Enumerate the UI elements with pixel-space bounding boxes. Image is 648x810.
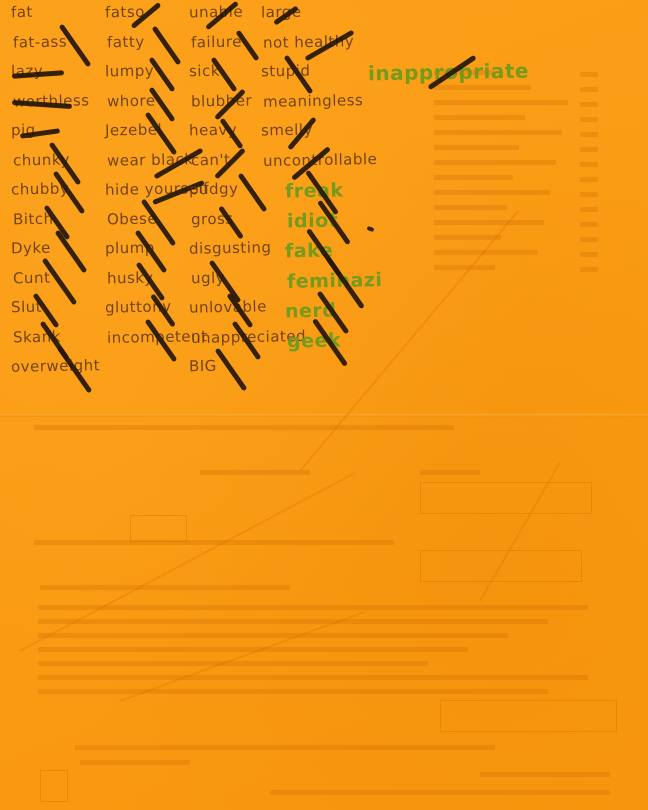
bleed-through-mark: [38, 619, 548, 624]
bleed-through-mark: [80, 760, 190, 765]
bleed-through-mark: [580, 162, 598, 167]
bleed-through-mark: [580, 72, 598, 77]
bleed-through-mark: [434, 235, 501, 240]
bleed-through-mark: [434, 175, 513, 180]
bleed-through-mark: [38, 675, 588, 680]
bleed-through-mark: [434, 115, 525, 120]
bleed-through-mark: [434, 145, 519, 150]
bleed-through-mark: [580, 87, 598, 92]
handwritten-word: pudgy: [189, 180, 239, 199]
bleed-through-mark: [580, 222, 598, 227]
bleed-through-mark: [580, 132, 598, 137]
bleed-through-mark: [580, 177, 598, 182]
bleed-through-mark: [270, 790, 610, 795]
bleed-through-mark: [420, 482, 592, 514]
bleed-through-mark: [34, 540, 394, 545]
paper-sheet: fatfat-asslazyworthlesspigchunkychubbyBi…: [0, 0, 648, 810]
bleed-through-mark: [40, 770, 68, 802]
handwritten-word: overweight: [11, 356, 100, 376]
bleed-through-mark: [434, 250, 538, 255]
bleed-through-mark: [38, 647, 468, 652]
bleed-through-mark: [580, 192, 598, 197]
bleed-through-mark: [38, 633, 508, 638]
handwritten-word: fat: [11, 3, 33, 21]
bleed-through-mark: [580, 147, 598, 152]
bleed-through-mark: [580, 207, 598, 212]
bleed-through-mark: [434, 220, 544, 225]
ink-dot: [367, 226, 375, 232]
strike-mark: [55, 230, 88, 274]
handwritten-word: failure: [191, 32, 242, 51]
bleed-through-mark: [130, 515, 187, 542]
bleed-through-mark: [200, 470, 310, 475]
handwritten-word: fatty: [107, 32, 145, 51]
bleed-through-mark: [34, 425, 454, 430]
strike-mark: [238, 173, 268, 213]
bleed-through-mark: [580, 267, 598, 272]
fold-line: [0, 414, 648, 417]
bleed-through-mark: [38, 661, 428, 666]
bleed-through-mark: [38, 605, 588, 610]
bleed-through-mark: [38, 689, 548, 694]
bleed-through-mark: [434, 205, 507, 210]
bleed-through-mark: [440, 700, 617, 732]
bleed-through-mark: [480, 772, 610, 777]
bleed-through-mark: [40, 585, 290, 590]
handwritten-word: lumpy: [105, 62, 154, 81]
bleed-through-mark: [434, 265, 495, 270]
bleed-through-mark: [434, 85, 531, 90]
bleed-through-mark: [434, 160, 556, 165]
crease-line: [20, 472, 356, 652]
bleed-through-mark: [434, 190, 550, 195]
bleed-through-mark: [434, 100, 568, 105]
bleed-through-mark: [580, 237, 598, 242]
strike-mark: [215, 348, 248, 392]
bleed-through-mark: [580, 117, 598, 122]
handwritten-word: Dyke: [11, 239, 51, 258]
bleed-through-mark: [420, 470, 480, 475]
handwritten-word: BIG: [189, 357, 217, 375]
handwritten-word: fat-ass: [13, 32, 67, 51]
strike-mark: [152, 25, 182, 65]
bleed-through-mark: [434, 130, 562, 135]
handwritten-word: Cunt: [13, 268, 51, 287]
bleed-through-mark: [75, 745, 495, 750]
handwritten-word: disgusting: [189, 238, 272, 257]
bleed-through-mark: [580, 102, 598, 107]
handwritten-word: unlovable: [189, 297, 267, 316]
bleed-through-mark: [420, 550, 582, 582]
handwritten-word: meaningless: [263, 91, 364, 111]
bleed-through-mark: [580, 252, 598, 257]
handwritten-word: whore: [107, 91, 156, 110]
